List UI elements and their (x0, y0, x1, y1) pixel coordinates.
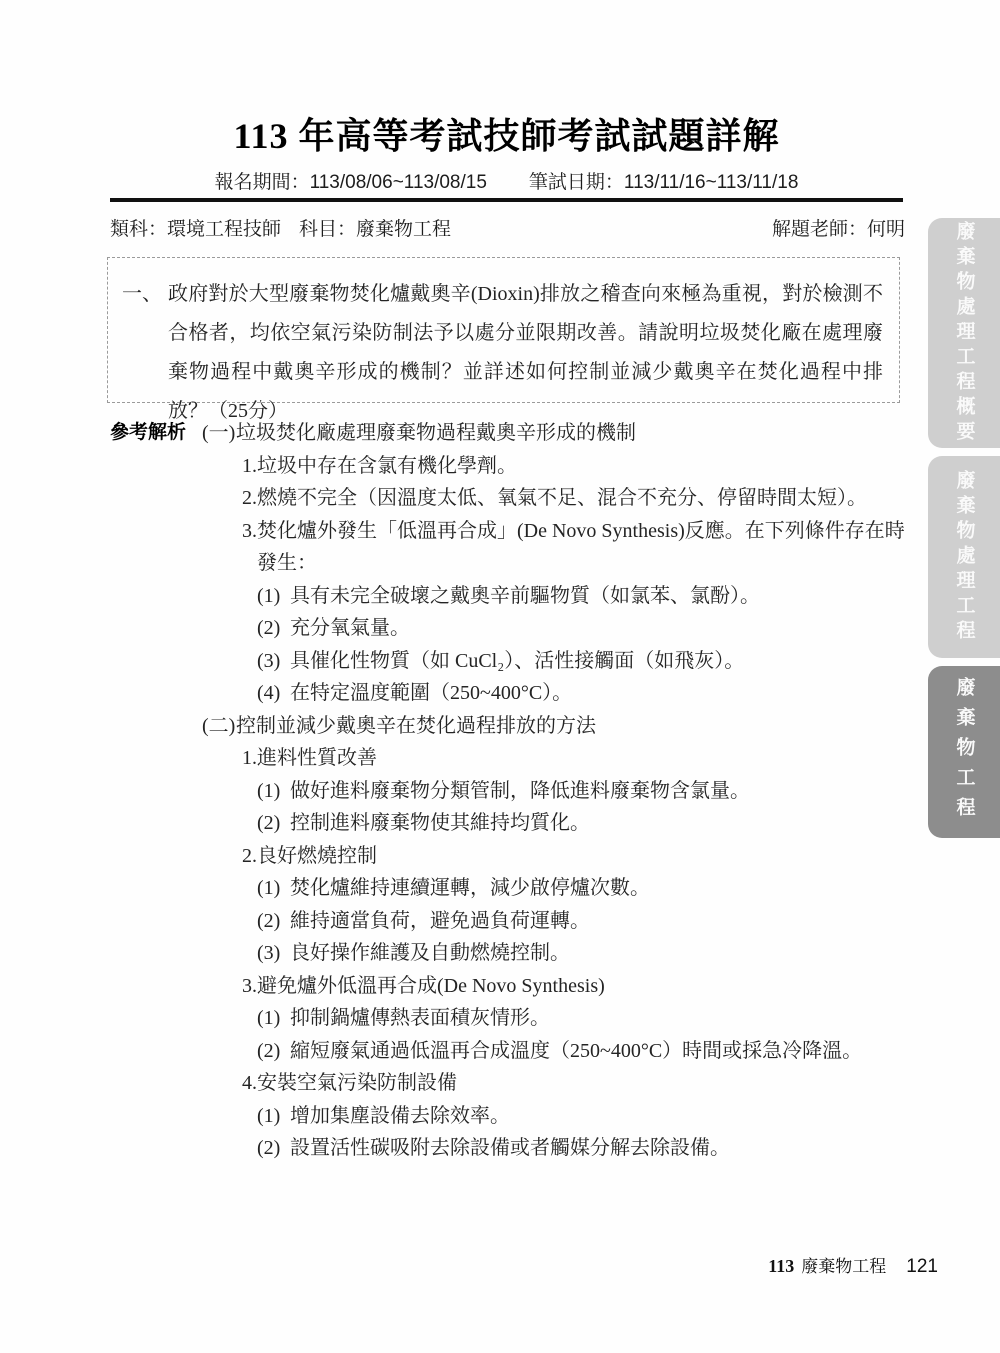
subitem-text: 設置活性碳吸附去除設備或者觸媒分解去除設備。 (290, 1132, 910, 1165)
solution-section-2-heading: (二) 控制並減少戴奧辛在焚化過程排放的方法 (202, 710, 910, 743)
page-title: 113 年高等考試技師考試試題詳解 (110, 108, 903, 159)
subitem-text: 具催化性物質（如 CuCl₂）、活性接觸面（如飛灰）。 (290, 645, 910, 678)
subitem-number: (2) (257, 1035, 290, 1068)
subject-label: 科目：廢棄物工程 (299, 219, 451, 240)
solution-section-1-heading: (一) 垃圾焚化廠處理廢棄物過程戴奧辛形成的機制 (202, 417, 910, 450)
tab-label: 廢棄物處理工程 (955, 470, 974, 645)
section-number: (一) (202, 417, 236, 450)
question-box: 一、 政府對於大型廢棄物焚化爐戴奧辛(Dioxin)排放之稽查向來極為重視，對於… (107, 257, 900, 403)
category-label: 類科：環境工程技師 (110, 219, 281, 240)
subitem-text: 抑制鍋爐傳熱表面積灰情形。 (290, 1002, 910, 1035)
sub-list-item: (1) 做好進料廢棄物分類管制，降低進料廢棄物含氯量。 (257, 775, 910, 808)
written-exam-date: 筆試日期：113/11/16~113/11/18 (529, 172, 799, 193)
exam-dates-row: 報名期間：113/08/06~113/08/15筆試日期：113/11/16~1… (110, 167, 903, 194)
subitem-number: (3) (257, 645, 290, 678)
footer-page-number: 121 (906, 1256, 938, 1278)
item-text: 避免爐外低溫再合成(De Novo Synthesis) (257, 970, 910, 1003)
item-text: 燃燒不完全（因溫度太低、氧氣不足、混合不充分、停留時間太短）。 (257, 482, 910, 515)
footer-subject: 廢棄物工程 (801, 1252, 886, 1277)
category-subject: 類科：環境工程技師科目：廢棄物工程 (110, 214, 451, 241)
tab-label: 廢棄物處理工程概要 (955, 221, 974, 446)
item-text: 進料性質改善 (257, 742, 910, 775)
subitem-number: (4) (257, 677, 290, 710)
subitem-number: (1) (257, 1002, 290, 1035)
solver-label: 解題老師：何明 (772, 214, 905, 241)
list-item: 1. 垃圾中存在含氯有機化學劑。 (242, 450, 910, 483)
item-number: 1. (242, 742, 257, 775)
list-item: 3. 避免爐外低溫再合成(De Novo Synthesis) (242, 970, 910, 1003)
item-number: 1. (242, 450, 257, 483)
header-divider (110, 198, 903, 202)
subitem-text: 在特定溫度範圍（250~400°C）。 (290, 677, 910, 710)
solution-section: 參考解析 (一) 垃圾焚化廠處理廢棄物過程戴奧辛形成的機制 1. 垃圾中存在含氯… (110, 417, 910, 1165)
subitem-text: 控制進料廢棄物使其維持均質化。 (290, 807, 910, 840)
tab-waste-treatment-engineering-outline: 廢棄物處理工程概要 (928, 218, 1000, 448)
subitem-text: 做好進料廢棄物分類管制，降低進料廢棄物含氯量。 (290, 775, 910, 808)
item-text: 安裝空氣污染防制設備 (257, 1067, 910, 1100)
sub-list-item: (1) 增加集塵設備去除效率。 (257, 1100, 910, 1133)
list-item: 4. 安裝空氣污染防制設備 (242, 1067, 910, 1100)
item-number: 3. (242, 970, 257, 1003)
subitem-number: (1) (257, 1100, 290, 1133)
subitem-number: (2) (257, 612, 290, 645)
list-item: 3. 焚化爐外發生「低溫再合成」(De Novo Synthesis)反應。在下… (242, 515, 910, 580)
item-text: 垃圾中存在含氯有機化學劑。 (257, 450, 910, 483)
subitem-number: (3) (257, 937, 290, 970)
subitem-text: 具有未完全破壞之戴奧辛前驅物質（如氯苯、氯酚）。 (290, 580, 910, 613)
subitem-number: (2) (257, 905, 290, 938)
solution-label: 參考解析 (110, 417, 202, 450)
sub-list-item: (4) 在特定溫度範圍（250~400°C）。 (257, 677, 910, 710)
item-number: 2. (242, 482, 257, 515)
sub-list-item: (2) 充分氧氣量。 (257, 612, 910, 645)
list-item: 2. 良好燃燒控制 (242, 840, 910, 873)
exam-meta-row: 類科：環境工程技師科目：廢棄物工程 解題老師：何明 (110, 214, 905, 241)
subitem-number: (1) (257, 872, 290, 905)
section-number: (二) (202, 710, 236, 743)
subitem-text: 焚化爐維持連續運轉，減少啟停爐次數。 (290, 872, 910, 905)
subitem-number: (1) (257, 775, 290, 808)
sub-list-item: (1) 抑制鍋爐傳熱表面積灰情形。 (257, 1002, 910, 1035)
page-footer: 113 廢棄物工程 121 (768, 1252, 938, 1278)
item-text: 焚化爐外發生「低溫再合成」(De Novo Synthesis)反應。在下列條件… (257, 515, 910, 580)
subitem-text: 縮短廢氣通過低溫再合成溫度（250~400°C）時間或採急冷降溫。 (290, 1035, 910, 1068)
item-number: 3. (242, 515, 257, 580)
footer-edition: 113 (768, 1256, 794, 1277)
question-text: 政府對於大型廢棄物焚化爐戴奧辛(Dioxin)排放之稽查向來極為重視，對於檢測不… (168, 275, 883, 402)
item-number: 4. (242, 1067, 257, 1100)
section-title: 垃圾焚化廠處理廢棄物過程戴奧辛形成的機制 (236, 417, 910, 450)
item-text: 良好燃燒控制 (257, 840, 910, 873)
sub-list-item: (1) 具有未完全破壞之戴奧辛前驅物質（如氯苯、氯酚）。 (257, 580, 910, 613)
subitem-text: 維持適當負荷，避免過負荷運轉。 (290, 905, 910, 938)
sub-list-item: (1) 焚化爐維持連續運轉，減少啟停爐次數。 (257, 872, 910, 905)
sub-list-item: (3) 良好操作維護及自動燃燒控制。 (257, 937, 910, 970)
tab-waste-engineering-active: 廢棄物工程 (928, 666, 1000, 838)
subitem-number: (1) (257, 580, 290, 613)
sub-list-item: (2) 維持適當負荷，避免過負荷運轉。 (257, 905, 910, 938)
sub-list-item: (3) 具催化性物質（如 CuCl₂）、活性接觸面（如飛灰）。 (257, 645, 910, 678)
subitem-number: (2) (257, 807, 290, 840)
sub-list-item: (2) 控制進料廢棄物使其維持均質化。 (257, 807, 910, 840)
tab-label: 廢棄物工程 (955, 677, 974, 827)
subitem-number: (2) (257, 1132, 290, 1165)
tab-waste-treatment-engineering: 廢棄物處理工程 (928, 456, 1000, 658)
list-item: 2. 燃燒不完全（因溫度太低、氧氣不足、混合不充分、停留時間太短）。 (242, 482, 910, 515)
subitem-text: 增加集塵設備去除效率。 (290, 1100, 910, 1133)
question-number: 一、 (122, 275, 168, 402)
sub-list-item: (2) 設置活性碳吸附去除設備或者觸媒分解去除設備。 (257, 1132, 910, 1165)
scanned-book-page: 113 年高等考試技師考試試題詳解 報名期間：113/08/06~113/08/… (0, 0, 1000, 1353)
sub-list-item: (2) 縮短廢氣通過低溫再合成溫度（250~400°C）時間或採急冷降溫。 (257, 1035, 910, 1068)
registration-period: 報名期間：113/08/06~113/08/15 (215, 172, 487, 193)
solution-body: (一) 垃圾焚化廠處理廢棄物過程戴奧辛形成的機制 1. 垃圾中存在含氯有機化學劑… (202, 417, 910, 1165)
subitem-text: 充分氧氣量。 (290, 612, 910, 645)
section-title: 控制並減少戴奧辛在焚化過程排放的方法 (236, 710, 910, 743)
list-item: 1. 進料性質改善 (242, 742, 910, 775)
item-number: 2. (242, 840, 257, 873)
subitem-text: 良好操作維護及自動燃燒控制。 (290, 937, 910, 970)
thumb-index-tabs: 廢棄物處理工程概要 廢棄物處理工程 廢棄物工程 (928, 218, 1000, 838)
